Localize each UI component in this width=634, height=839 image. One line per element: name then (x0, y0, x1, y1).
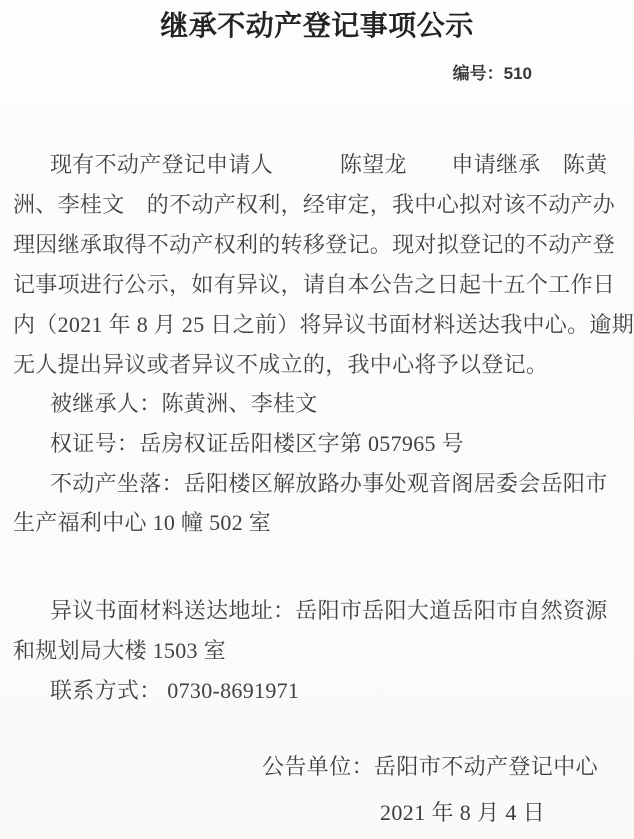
body-line-6: 无人提出异议或者异议不成立的，我中心将予以登记。 (13, 345, 616, 385)
body-line-1: 现有不动产登记申请人 陈望龙 申请继承 陈黄 (13, 145, 634, 185)
doc-number: 编号：510 (453, 60, 532, 88)
objection-address-line: 异议书面材料送达地址：岳阳市岳阳大道岳阳市自然资源 (13, 591, 634, 631)
notice-document: 继承不动产登记事项公示 编号：510 现有不动产登记申请人 陈望龙 申请继承 陈… (0, 0, 634, 839)
body-line-4: 记事项进行公示，如有异议，请自本公告之日起十五个工作日 (13, 265, 616, 305)
body-line-2: 洲、李桂文 的不动产权利，经审定，我中心拟对该不动产办 (13, 185, 616, 225)
body-line-3: 理因继承取得不动产权利的转移登记。现对拟登记的不动产登 (13, 225, 616, 265)
contact-line: 联系方式： 0730-8691971 (13, 671, 634, 711)
property-location-line: 不动产坐落：岳阳楼区解放路办事处观音阁居委会岳阳市 (13, 464, 634, 504)
certificate-no-line: 权证号：岳房权证岳阳楼区字第 057965 号 (13, 424, 634, 464)
objection-address-line-2: 和规划局大楼 1503 室 (13, 631, 616, 671)
decedents-line: 被继承人：陈黄洲、李桂文 (13, 384, 634, 424)
issuer-line: 公告单位：岳阳市不动产登记中心 (262, 751, 598, 783)
date-line: 2021 年 8 月 4 日 (380, 797, 545, 829)
property-location-line-2: 生产福利中心 10 幢 502 室 (13, 503, 616, 543)
body-line-5: 内（2021 年 8 月 25 日之前）将异议书面材料送达我中心。逾期 (13, 305, 616, 345)
notice-title: 继承不动产登记事项公示 (0, 8, 634, 44)
